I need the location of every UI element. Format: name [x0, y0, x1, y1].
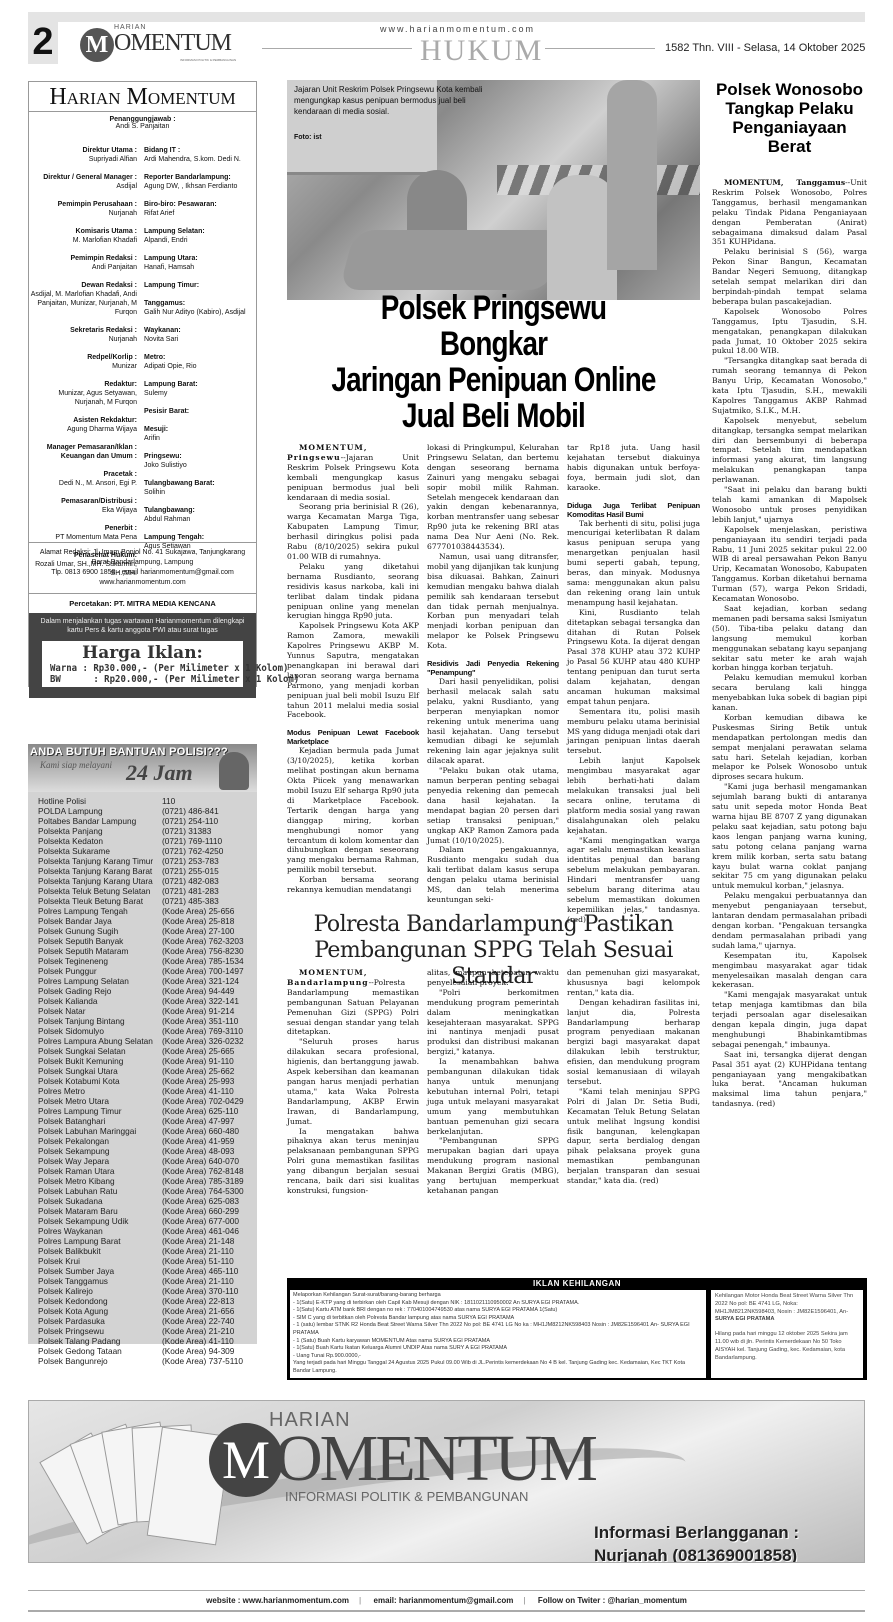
paragraph: alitas, maupun ketepatan waktu penyelesa…: [427, 968, 559, 988]
hotline-number: (Kode Area) 25-818: [162, 916, 234, 926]
hotline-row: Polsek Kotabumi Kota(Kode Area) 25-993: [38, 1076, 257, 1086]
hotline-number: (Kode Area) 21-210: [162, 1326, 234, 1336]
hotline-number: (Kode Area) 785-1534: [162, 956, 244, 966]
paragraph: --Unit Reskrim Polsek Wonosobo, Polres T…: [712, 178, 867, 246]
paragraph: Pelaku yang diketahui bernama Rusdianto,…: [287, 562, 419, 621]
masthead-title: Harian Momentum: [29, 82, 256, 112]
masthead-role: Penerbit :: [29, 524, 137, 533]
masthead-name: Agung Dharma Wijaya: [67, 426, 137, 433]
hotline-name: Polres Lampung Barat: [38, 1236, 162, 1246]
hotline-name: Polsek Kalianda: [38, 996, 162, 1006]
hotline-number: (Kode Area) 27-100: [162, 926, 234, 936]
masthead-role: Lampung Barat:: [144, 380, 256, 389]
hotline-name: Polsekta Tanjung Karang Timur: [38, 856, 162, 866]
masthead-entry: Metro:Adipati Opie, Rio: [144, 353, 256, 371]
hotline-row: Polsek Kedondong(Kode Area) 22-813: [38, 1296, 257, 1306]
lost-items-ad: IKLAN KEHILANGAN Melaporkan Kehilangan S…: [287, 1278, 867, 1380]
hotline-number: (Kode Area) 660-299: [162, 1206, 239, 1216]
police-hotline-box: ANDA BUTUH BANTUAN POLISI??? Kami siap m…: [28, 744, 257, 1344]
lost-item-line: - SIM C yang di terbitkan oleh Polresta …: [293, 1315, 703, 1323]
masthead-entry: Lampung Selatan:Alpandi, Endri: [144, 227, 256, 245]
logo-word: OMENTUM: [114, 30, 231, 57]
hotline-name: Polsek Sumber Jaya: [38, 1266, 162, 1276]
hotline-number: (Kode Area) 25-993: [162, 1076, 234, 1086]
hotline-name: Polsek Mataram Baru: [38, 1206, 162, 1216]
hotline-row: Polsek Balikbukit(Kode Area) 21-110: [38, 1246, 257, 1256]
masthead-role: Redpel/Korlip :: [29, 353, 137, 362]
second-dateline: MOMENTUM, Bandarlampung: [287, 968, 369, 987]
hotline-number: (Kode Area) 91-214: [162, 1006, 234, 1016]
paragraph: Dalam pengakuannya, Rusdianto mengaku su…: [427, 845, 559, 904]
hotline-number: (Kode Area) 625-110: [162, 1106, 238, 1116]
hotline-number: (Kode Area) 25-665: [162, 1046, 234, 1056]
masthead-role: Direktur / General Manager :: [29, 173, 137, 182]
hotline-name: Polsek Seputih Banyak: [38, 936, 162, 946]
hotline-name: Polsek Gunung Sugih: [38, 926, 162, 936]
hotline-row: Polres Lampung Barat(Kode Area) 21-148: [38, 1236, 257, 1246]
lost-item-line: - 1 (satu) lembar STNK R2 Honda Beat Str…: [293, 1322, 703, 1337]
hotline-banner-title: ANDA BUTUH BANTUAN POLISI???: [30, 746, 228, 758]
side-headline: Polsek Wonosobo Tangkap Pelaku Penganiay…: [712, 80, 867, 156]
hotline-number: (Kode Area) 22-740: [162, 1316, 234, 1326]
hotline-name: Polsek Sungkai Selatan: [38, 1046, 162, 1056]
hotline-row: Polsekta Tanjung Karang Barat(0721) 255-…: [38, 866, 257, 876]
hotline-number: (Kode Area) 25-662: [162, 1066, 234, 1076]
lost-item-line: - 1(Satu) Buah Kartu Ikatan Keluarga Alu…: [293, 1345, 703, 1353]
lost-items-title: IKLAN KEHILANGAN: [287, 1279, 867, 1288]
masthead-role: Manager Pemasaran/Iklan : Keuangan dan U…: [29, 443, 137, 461]
masthead-name: Asdijal: [116, 183, 137, 190]
subscription-banner[interactable]: M HARIAN OMENTUM INFORMASI POLITIK & PEM…: [28, 1400, 865, 1563]
hotline-name: Polsek Talang Padang: [38, 1336, 162, 1346]
hotline-row: Polsek Pringsewu(Kode Area) 21-210: [38, 1326, 257, 1336]
hotline-name: Polsek Metro Utara: [38, 1096, 162, 1106]
hotline-row: Polsek Seputih Mataram(Kode Area) 756-82…: [38, 946, 257, 956]
lost-item-line: - Uang Tunai Rp.900.0000,-: [293, 1353, 703, 1361]
masthead-role: Pringsewu:: [144, 452, 256, 461]
hotline-name: Polsek Sukadana: [38, 1196, 162, 1206]
footer-website[interactable]: website : www.harianmomentum.com: [196, 1596, 359, 1605]
penanggungjawab-value: Andi S. Panjaitan: [116, 123, 170, 130]
hotline-name: Polsek Batanghari: [38, 1116, 162, 1126]
hotline-number: (Kode Area) 21-110: [162, 1246, 234, 1256]
hotline-number: (Kode Area) 700-1497: [162, 966, 244, 976]
hotline-name: Polsek Pekalongan: [38, 1136, 162, 1146]
main-headline: Polsek Pringsewu Bongkar Jaringan Penipu…: [324, 290, 663, 434]
paragraph: Korban kemudian dibawa ke Puskesmas Siri…: [712, 713, 867, 782]
hotline-number: (Kode Area) 25-656: [162, 906, 234, 916]
paragraph: Saat kejadian, korban sedang memanen pad…: [712, 604, 867, 673]
page-number: 2: [28, 20, 58, 64]
hotline-row: Polsek Way Jepara(Kode Area) 640-070: [38, 1156, 257, 1166]
main-story-col-2: lokasi di Pringkumpul, Kelurahan Pringse…: [427, 443, 559, 905]
masthead-name: Andi Panjaitan: [92, 264, 137, 271]
masthead-entry: Pracetak :Dedi N., M. Ansori, Egi P.: [29, 470, 137, 488]
hotline-name: Polsek Gading Rejo: [38, 986, 162, 996]
hotline-row: Polsek Mataram Baru(Kode Area) 660-299: [38, 1206, 257, 1216]
hotline-name: Polsek Balikbukit: [38, 1246, 162, 1256]
hotline-name: Polsek Tegineneng: [38, 956, 162, 966]
hotline-row: Polsek Bangunrejo(Kode Area) 737-5110: [38, 1356, 257, 1366]
hotline-row: Polsek Sekampung Udik(Kode Area) 677-000: [38, 1216, 257, 1226]
desk-graphic: [339, 230, 565, 290]
hotline-number: (Kode Area) 91-110: [162, 1056, 234, 1066]
masthead-entry: Sekretaris Redaksi :Nurjanah: [29, 326, 137, 344]
hotline-name: Polsekta Tanjung Karang Utara: [38, 876, 162, 886]
masthead-entry: Pringsewu:Joko Sulistiyo: [144, 452, 256, 470]
hotline-name: Polsekta Tanjung Karang Barat: [38, 866, 162, 876]
hotline-name: Polsek Tanggamus: [38, 1276, 162, 1286]
hotline-row: Polsek Tanjung Bintang(Kode Area) 351-11…: [38, 1016, 257, 1026]
hotline-row: Polsekta Teluk Betung Selatan(0721) 481-…: [38, 886, 257, 896]
paragraph: "Saat ini pelaku dan barang bukti telah …: [712, 485, 867, 525]
hotline-number: (0721) 485-383: [162, 896, 219, 906]
masthead-name: Alpandi, Endri: [144, 237, 188, 244]
masthead-name: Hanafi, Hamsah: [144, 264, 194, 271]
paragraph: "Seluruh proses harus dilakukan secara p…: [287, 1037, 419, 1126]
footer-email[interactable]: email: harianmomentum@gmail.com: [364, 1596, 524, 1605]
hotline-row: Polsek Sidomulyo(Kode Area) 769-3110: [38, 1026, 257, 1036]
hotline-name: Polsek Gedong Tataan: [38, 1346, 162, 1356]
lost-item-line: Melaporkan Kehilangan Surat-surat/barang…: [293, 1292, 703, 1300]
hotline-row: Polsek Natar(Kode Area) 91-214: [38, 1006, 257, 1016]
hotline-number: (Kode Area) 762-3203: [162, 936, 244, 946]
paragraph: Kapolsek menjelaskan, peristiwa pengania…: [712, 525, 867, 604]
masthead-entry: Direktur / General Manager :Asdijal: [29, 173, 137, 191]
masthead-entry: Redpel/Korlip :Munizar: [29, 353, 137, 371]
masthead-logo[interactable]: M HARIAN OMENTUM INFORMASI POLITIK & PEM…: [80, 24, 245, 66]
masthead-name: Abdul Rahman: [144, 516, 190, 523]
masthead-name: M. Marlofian Khadafi: [73, 237, 137, 244]
hotline-name: Polsek Tanjung Bintang: [38, 1016, 162, 1026]
header-rule-left: [262, 48, 412, 49]
masthead-role: Redaktur:: [29, 380, 137, 389]
hotline-row: Polres Lampung Tengah(Kode Area) 25-656: [38, 906, 257, 916]
masthead-entry: Tanggamus:Galih Nur Adityo (Kabiro), Asd…: [144, 299, 256, 317]
hotline-row: Polsek Sungkai Utara(Kode Area) 25-662: [38, 1066, 257, 1076]
police-officer-icon: [219, 752, 249, 790]
paragraph: Ia mengatakan bahwa pihaknya akan terus …: [287, 1127, 419, 1196]
second-story-col-1: MOMENTUM, Bandarlampung--Polresta Bandar…: [287, 968, 419, 1196]
hotline-number: (0721) 481-283: [162, 886, 219, 896]
hotline-name: Polres Lampura Abung Selatan: [38, 1036, 162, 1046]
hotline-row: Polsek Kalianda(Kode Area) 322-141: [38, 996, 257, 1006]
masthead-entry: Penasehat Hukum:Rozali Umar, SH.,MH. Suk…: [29, 551, 137, 578]
side-dateline: MOMENTUM, Tanggamus: [724, 178, 845, 187]
hotline-name: Polsek Kedondong: [38, 1296, 162, 1306]
paragraph: lokasi di Pringkumpul, Kelurahan Pringse…: [427, 443, 559, 552]
paragraph: "Kami juga berhasil mengamankan sejumlah…: [712, 782, 867, 891]
hotline-row: Polsek Kalirejo(Kode Area) 370-110: [38, 1286, 257, 1296]
hotline-name: Polsekta Panjang: [38, 826, 162, 836]
paragraph: Dari hasil penyelidikan, polisi berhasil…: [427, 677, 559, 766]
hotline-number: (Kode Area) 677-000: [162, 1216, 239, 1226]
hotline-name: Polsek Kalirejo: [38, 1286, 162, 1296]
photo-caption: Jajaran Unit Reskrim Polsek Pringsewu Ko…: [294, 84, 490, 117]
paragraph: Pelaku mengakui perbuatannya dan menyebu…: [712, 891, 867, 950]
paragraph: tar Rp18 juta. Uang hasil kejahatan ters…: [567, 443, 700, 493]
masthead-name: Novita Sari: [144, 336, 178, 343]
hotline-number: (Kode Area) 351-110: [162, 1016, 238, 1026]
second-story-col-2: alitas, maupun ketepatan waktu penyelesa…: [427, 968, 559, 1196]
masthead-entry: Pesisir Barat:: [144, 407, 256, 416]
hotline-row: POLDA Lampung(0721) 486-841: [38, 806, 257, 816]
masthead-box: Harian Momentum Penanggungjawab : Andi S…: [28, 81, 257, 687]
masthead-entry: Lampung Utara:Hanafi, Hamsah: [144, 254, 256, 272]
paragraph: Korban bersama seorang rekannya kemudian…: [287, 875, 419, 895]
ad-price-color: Warna : Rp30.000,- (Per Milimeter x 1 Ko…: [50, 663, 217, 674]
hotline-name: Polsek Pardasuka: [38, 1316, 162, 1326]
hotline-name: Polsek Raman Utara: [38, 1166, 162, 1176]
masthead-role: Pracetak :: [29, 470, 137, 479]
hotline-number: (Kode Area) 21-656: [162, 1306, 234, 1316]
hotline-name: Polres Metro: [38, 1086, 162, 1096]
masthead-role: Pemasaran/Distribusi :: [29, 497, 137, 506]
masthead-name: Sulemy: [144, 390, 167, 397]
masthead-entry: Redaktur:Munizar, Agus Setyawan, Nurjana…: [29, 380, 137, 407]
ad-price-title: Harga Iklan:: [50, 643, 235, 663]
masthead-role: Bidang IT :: [144, 146, 256, 155]
masthead-role: Direktur Utama :: [29, 146, 137, 155]
lost-motor-owner: SURYA EGI PRATAMA: [715, 1316, 775, 1322]
masthead-name: Nurjanah: [109, 336, 137, 343]
hotline-row: Polsek Sukadana(Kode Area) 625-083: [38, 1196, 257, 1206]
masthead-name: Supriyadi Alfian: [89, 156, 137, 163]
masthead-name: Joko Sulistiyo: [144, 462, 187, 469]
hotline-number: (Kode Area) 41-110: [162, 1336, 234, 1346]
hotline-row: Polsek Punggur(Kode Area) 700-1497: [38, 966, 257, 976]
hotline-row: Polsek Labuhan Maringgai(Kode Area) 660-…: [38, 1126, 257, 1136]
main-headline-line1: Polsek Pringsewu Bongkar: [324, 290, 663, 362]
paragraph: Kapolsek Pringsewu Kota AKP Ramon Zamora…: [287, 621, 419, 720]
paragraph: Namun, usai uang ditransfer, mobil yang …: [427, 552, 559, 651]
hotline-number: (Kode Area) 21-148: [162, 1236, 234, 1246]
header-rule-right: [545, 48, 655, 49]
main-headline-line3: Jual Beli Mobil: [324, 398, 663, 434]
paragraph: "Pelaku bukan otak utama, namun berperan…: [427, 766, 559, 845]
hotline-number: (0721) 482-083: [162, 876, 219, 886]
hotline-row: Polsek Pardasuka(Kode Area) 22-740: [38, 1316, 257, 1326]
lost-item-line: - 1(Satu) Kartu ATM bank BRI dengan no r…: [293, 1307, 703, 1315]
masthead-name: Ardi Mahendra, S.kom. Dedi N.: [144, 156, 241, 163]
banner-tagline: INFORMASI POLITIK & PEMBANGUNAN: [285, 1489, 528, 1504]
hotline-row: Polsek Raman Utara(Kode Area) 762-8148: [38, 1166, 257, 1176]
footer-twitter[interactable]: Follow on Twiter : @harian_momentum: [528, 1596, 697, 1605]
masthead-name: Arifin: [144, 435, 160, 442]
masthead-entry: Dewan Redaksi :Asdijal, M. Marlofian Kha…: [29, 281, 137, 317]
hotline-name: Polsek Sekampung Udik: [38, 1216, 162, 1226]
hotline-name: Polres Lampung Tengah: [38, 906, 162, 916]
penanggungjawab: Penanggungjawab : Andi S. Panjaitan: [33, 116, 252, 130]
press-notice-text: Dalam menjalankan tugas wartawan Harianm…: [35, 617, 250, 635]
hotline-name: Polsek Bandar Jaya: [38, 916, 162, 926]
masthead-entry: Lampung Barat:Sulemy: [144, 380, 256, 398]
paragraph: Saat ini, tersangka dijerat dengan Pasal…: [712, 1050, 867, 1109]
hotline-name: Polsek Metro Kibang: [38, 1176, 162, 1186]
hotline-name: Polsek Sekampung: [38, 1146, 162, 1156]
hotline-number: (Kode Area) 461-046: [162, 1226, 239, 1236]
hotline-number: (Kode Area) 625-083: [162, 1196, 239, 1206]
hotline-number: (Kode Area) 321-124: [162, 976, 239, 986]
hotline-name: Polsek Sidomulyo: [38, 1026, 162, 1036]
hotline-name: Polsek Way Jepara: [38, 1156, 162, 1166]
masthead-entry: Mesuji:Arifin: [144, 425, 256, 443]
paragraph: Ia menambahkan bahwa pembangunan dilakuk…: [427, 1057, 559, 1136]
hotline-number: (0721) 253-783: [162, 856, 219, 866]
hotline-row: Polsek Metro Utara(Kode Area) 702-0429: [38, 1096, 257, 1106]
hotline-number: (Kode Area) 48-093: [162, 1146, 234, 1156]
hotline-number: 110: [162, 796, 175, 806]
side-story-body: MOMENTUM, Tanggamus--Unit Reskrim Polsek…: [712, 178, 867, 1109]
masthead-name: Agus Setiawan: [144, 543, 191, 550]
hotline-banner-sub: Kami siap melayani: [40, 760, 112, 770]
hotline-name: Polsek Labuhan Maringgai: [38, 1126, 162, 1136]
paragraph: Kapolsek Wonosobo Polres Tanggamus, Iptu…: [712, 307, 867, 357]
subscription-info: Informasi Berlangganan : Nurjanah (08136…: [594, 1521, 799, 1563]
hotline-row: Polsek Pekalongan(Kode Area) 41-959: [38, 1136, 257, 1146]
paragraph: "Pembangunan SPPG merupakan bagian dari …: [427, 1136, 559, 1195]
masthead-role: Lampung Tengah:: [144, 533, 256, 542]
masthead-role: Lampung Utara:: [144, 254, 256, 263]
masthead-role: Reporter Bandarlampung:: [144, 173, 256, 182]
hotline-row: Polsek Kota Agung(Kode Area) 21-656: [38, 1306, 257, 1316]
footer: website : www.harianmomentum.com| email:…: [28, 1596, 865, 1605]
hotline-name: Polsekta Teluk Betung Selatan: [38, 886, 162, 896]
hotline-number: (Kode Area) 737-5110: [162, 1356, 243, 1366]
hotline-row: Polsekta Sukarame(0721) 762-4250: [38, 846, 257, 856]
hotline-row: Polsek Tanggamus(Kode Area) 21-110: [38, 1276, 257, 1286]
masthead-role: Dewan Redaksi :: [29, 281, 137, 290]
paragraph: Kapolsek menyebut, sebelum ditangkap, te…: [712, 416, 867, 485]
ad-price-bw: BW : Rp20.000,- (Per Milimeter x 1 Kolom…: [50, 674, 217, 685]
hotline-name: Polsek Seputih Mataram: [38, 946, 162, 956]
masthead-entry: Tulangbawang:Abdul Rahman: [144, 506, 256, 524]
masthead-role: Tulangbawang:: [144, 506, 256, 515]
hotline-name: POLDA Lampung: [38, 806, 162, 816]
masthead-entry: Pemimpin Perusahaan :Nurjanah: [29, 200, 137, 218]
hotline-row: Polsek Sungkai Selatan(Kode Area) 25-665: [38, 1046, 257, 1056]
paragraph: "Kami telah meninjau SPPG Polri di Jalan…: [567, 1087, 700, 1186]
hotline-row: Polsekta Kedaton(0721) 769-1110: [38, 836, 257, 846]
masthead-role: Komisaris Utama :: [29, 227, 137, 236]
paragraph: Seorang pria berinisial R (26), warga Ke…: [287, 502, 419, 561]
printer-info: Percetakan: PT. MITRA MEDIA KENCANA: [29, 593, 256, 613]
hotline-number: (Kode Area) 785-3189: [162, 1176, 244, 1186]
hotline-name: Polres Lampung Selatan: [38, 976, 162, 986]
masthead-entry: Pemasaran/Distribusi :Eka Wijaya: [29, 497, 137, 515]
hotline-row: Polsek Sekampung(Kode Area) 48-093: [38, 1146, 257, 1156]
hotline-row: Polsek Gading Rejo(Kode Area) 94-449: [38, 986, 257, 996]
masthead-name: Eka Wijaya: [102, 507, 137, 514]
hotline-row: Polsekta Panjang(0721) 31383: [38, 826, 257, 836]
masthead-name: Solihin: [144, 489, 165, 496]
paragraph: "Tersangka ditangkap saat berada di ruma…: [712, 356, 867, 415]
masthead-entry: Pemimpin Redaksi :Andi Panjaitan: [29, 254, 137, 272]
paragraph: Tak berhenti di situ, polisi juga mencur…: [567, 519, 700, 608]
paragraph: Kejadian bermula pada Jumat (3/10/2025),…: [287, 746, 419, 875]
hotline-row: Polsekta Tanjung Karang Utara(0721) 482-…: [38, 876, 257, 886]
footer-rule-bottom: [28, 1610, 865, 1612]
hotline-name: Polsek Punggur: [38, 966, 162, 976]
hotline-name: Polsek Kota Agung: [38, 1306, 162, 1316]
banner-logo-m-icon: M: [209, 1423, 283, 1497]
hotline-row: Polsekta Tleuk Betung Barat(0721) 485-38…: [38, 896, 257, 906]
hotline-number: (0721) 254-110: [162, 816, 218, 826]
hotline-row: Polsek Krui(Kode Area) 51-110: [38, 1256, 257, 1266]
hotline-row: Polres Lampung Selatan(Kode Area) 321-12…: [38, 976, 257, 986]
hotline-name: Polsek Natar: [38, 1006, 162, 1016]
lost-item-line: - 1 (Satu) Buah Kartu karyawan MOMENTUM …: [293, 1338, 703, 1346]
subheading: Modus Penipuan Lewat Facebook Marketplac…: [287, 728, 419, 746]
subheading: Residivis Jadi Penyedia Rekening "Penamp…: [427, 659, 559, 677]
main-story-col-1: MOMENTUM, Pringsewu--Jajaran Unit Reskri…: [287, 443, 419, 895]
press-notice: Dalam menjalankan tugas wartawan Harianm…: [29, 613, 256, 698]
masthead-role: Lampung Timur:: [144, 281, 256, 290]
masthead-name: Adipati Opie, Rio: [144, 363, 197, 370]
masthead-name: Rifat Arief: [144, 210, 174, 217]
hotline-name: Polres Lampung Timur: [38, 1106, 162, 1116]
masthead-role: Waykanan:: [144, 326, 256, 335]
paragraph: dan pemenuhan gizi masyarakat, khususnya…: [567, 968, 700, 998]
masthead-name: Galih Nur Adityo (Kabiro), Asdijal: [144, 309, 246, 316]
lost-motor-detail: Hilang pada hari minggu 12 oktober 2025 …: [715, 1331, 859, 1362]
hotline-number: (Kode Area) 22-813: [162, 1296, 234, 1306]
paragraph: "Kami mengajak masyarakat untuk tetap me…: [712, 990, 867, 1049]
masthead-name: PT Momentum Mata Pena: [55, 534, 137, 541]
paragraph: Pelaku berinisial S (56), warga Pekon Si…: [712, 247, 867, 306]
masthead-name: Dedi N., M. Ansori, Egi P.: [59, 480, 137, 487]
hotline-name: Polsek Labuhan Ratu: [38, 1186, 162, 1196]
masthead-entry: Bidang IT :Ardi Mahendra, S.kom. Dedi N.: [144, 146, 256, 164]
masthead-name: Asdijal, M. Marlofian Khadafi, Andi Panj…: [31, 291, 137, 316]
hotline-number: (Kode Area) 47-997: [162, 1116, 234, 1126]
site-url[interactable]: www.harianmomentum.com: [380, 24, 535, 34]
masthead-role: Biro-biro: Pesawaran:: [144, 200, 256, 209]
hotline-name: Polsekta Sukarame: [38, 846, 162, 856]
paragraph: Lebih lanjut Kapolsek mengimbau masyarak…: [567, 756, 700, 835]
masthead-name: Nurjanah: [109, 210, 137, 217]
masthead-role: Sekretaris Redaksi :: [29, 326, 137, 335]
hotline-row: Polsek Metro Kibang(Kode Area) 785-3189: [38, 1176, 257, 1186]
masthead-name: Agung DW, , Ikhsan Ferdianto: [144, 183, 237, 190]
masthead-role: Pemimpin Redaksi :: [29, 254, 137, 263]
hotline-number: (Kode Area) 322-141: [162, 996, 239, 1006]
lost-motor-desc: Kehilangan Motor Honda Beat Street Warna…: [715, 1293, 853, 1315]
hotline-name: Polsek Bangunrejo: [38, 1356, 162, 1366]
hotline-name: Polsekta Kedaton: [38, 836, 162, 846]
subscription-contact[interactable]: Nurjanah (081369001858): [594, 1544, 799, 1563]
paragraph: Pelaku kemudian memukul korban secara be…: [712, 673, 867, 713]
hotline-row: Polres Lampura Abung Selatan(Kode Area) …: [38, 1036, 257, 1046]
hotline-row: Polsek Bandar Jaya(Kode Area) 25-818: [38, 916, 257, 926]
lost-items-list: Melaporkan Kehilangan Surat-surat/barang…: [290, 1290, 706, 1378]
second-headline-line1: Polresta Bandarlampung Pastikan: [287, 912, 700, 938]
hotline-row: Polsek Labuhan Ratu(Kode Area) 764-5300: [38, 1186, 257, 1196]
hotline-number: (Kode Area) 41-959: [162, 1136, 234, 1146]
hotline-row: Polres Metro(Kode Area) 41-110: [38, 1086, 257, 1096]
paragraph: "Polri berkomitmen mendukung program pem…: [427, 988, 559, 1057]
edition-dateline: 1582 Thn. VIII - Selasa, 14 Oktober 2025: [665, 42, 865, 54]
lost-item-line: Yang terjadi pada hari Minggu Tanggal 24…: [293, 1360, 703, 1375]
hotline-row: Polsek Gedong Tataan(Kode Area) 94-309: [38, 1346, 257, 1356]
hotline-number: (Kode Area) 21-110: [162, 1276, 234, 1286]
ad-price-box: Harga Iklan: Warna : Rp30.000,- (Per Mil…: [40, 639, 245, 689]
masthead-entry: Lampung Timur:: [144, 281, 256, 290]
officer-standing-figure: [607, 80, 657, 270]
paragraph: Sementara itu, polisi masih memburu pela…: [567, 707, 700, 757]
hotline-banner-24: 24 Jam: [126, 760, 193, 786]
masthead-entry: Waykanan:Novita Sari: [144, 326, 256, 344]
